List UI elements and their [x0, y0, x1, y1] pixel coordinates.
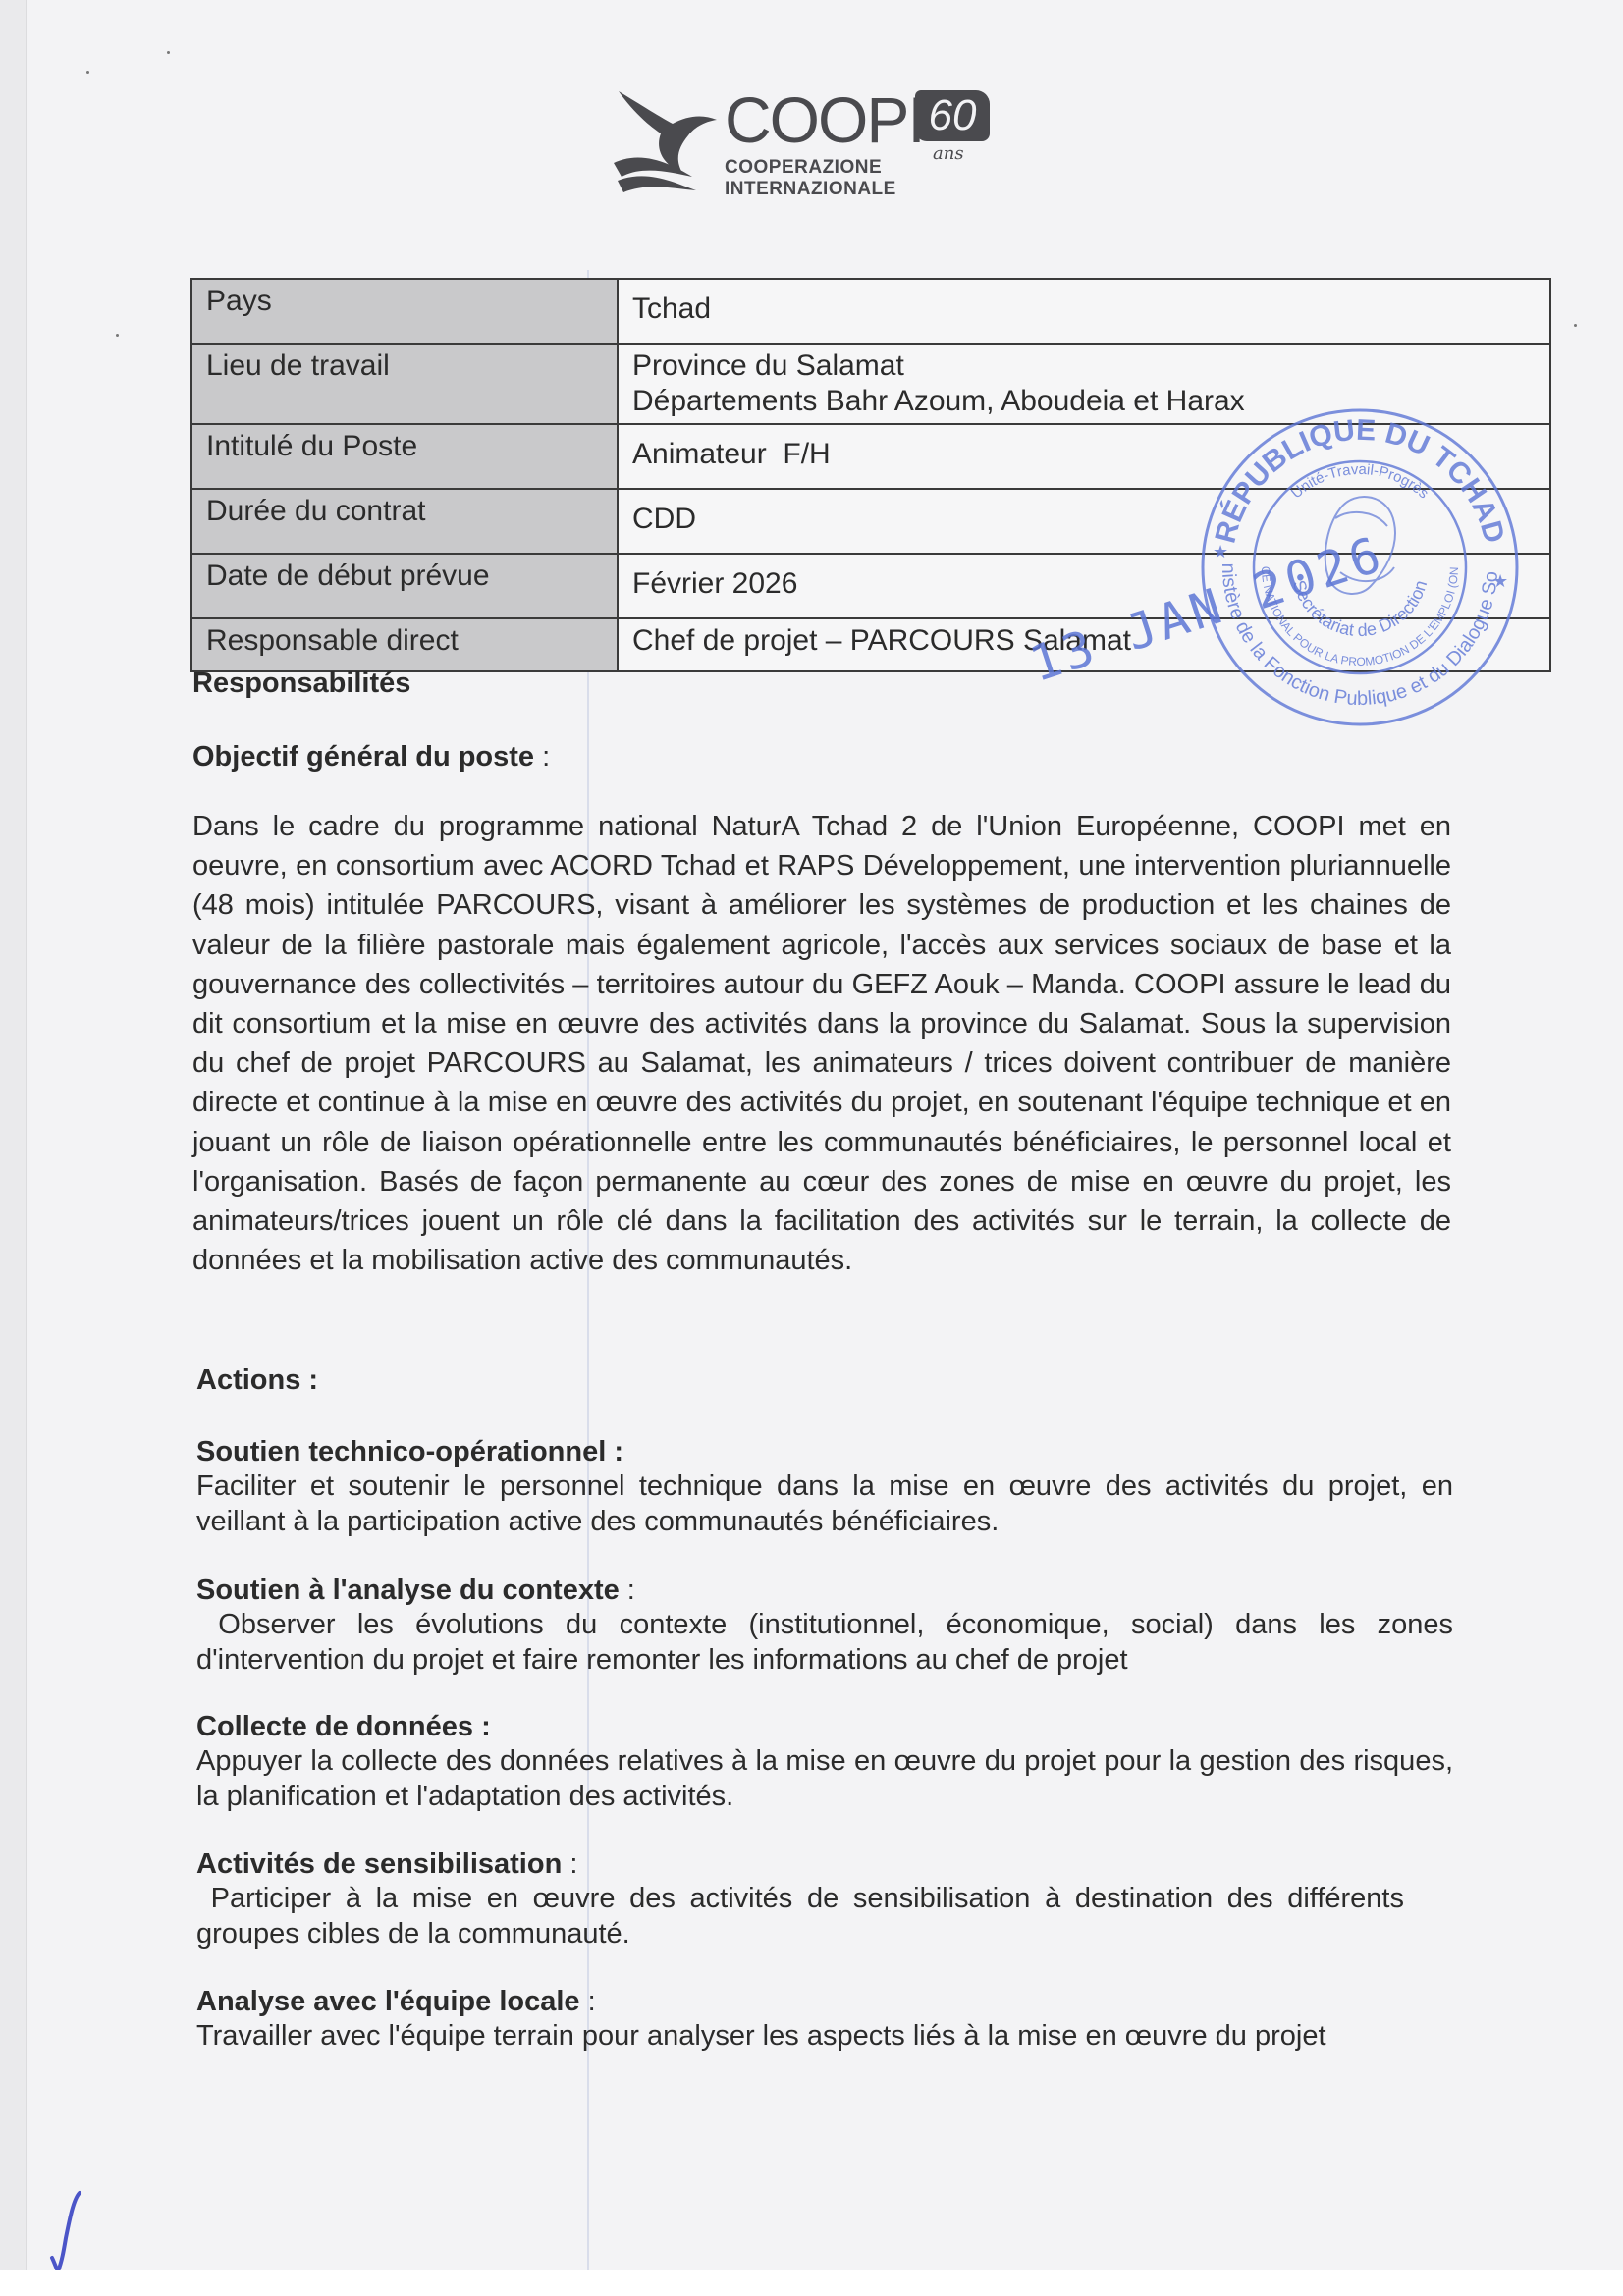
- row-label-pays: Pays: [191, 279, 618, 344]
- lieu-line-1: Province du Salamat: [632, 348, 1538, 384]
- action-title: Soutien technico-opérationnel :: [196, 1435, 1453, 1468]
- row-label-responsable: Responsable direct: [191, 618, 618, 671]
- action-body: Faciliter et soutenir le personnel techn…: [196, 1468, 1453, 1539]
- row-label-lieu: Lieu de travail: [191, 344, 618, 424]
- coopi-logo: COOPI COOPERAZIONE INTERNAZIONALE 60 ans: [609, 79, 1021, 206]
- action-body: Participer à la mise en œuvre des activi…: [196, 1881, 1404, 1951]
- action-collecte-donnees: Collecte de données : Appuyer la collect…: [196, 1710, 1453, 1814]
- objectif-paragraph: Dans le cadre du programme national Natu…: [192, 807, 1451, 1280]
- logo-subtitle-line2: INTERNAZIONALE: [725, 179, 896, 200]
- svg-text:RÉPUBLIQUE DU TCHAD: RÉPUBLIQUE DU TCHAD: [1210, 414, 1511, 547]
- anniversary-badge: 60: [915, 90, 990, 141]
- responsabilites-heading: Responsabilités: [192, 667, 410, 700]
- table-row: Pays Tchad: [191, 279, 1550, 344]
- scan-speck: [86, 71, 89, 74]
- scan-speck: [167, 51, 170, 54]
- svg-text:★: ★: [1213, 542, 1228, 561]
- row-value-pays: Tchad: [618, 279, 1550, 344]
- scan-bottom-margin: [0, 2270, 1623, 2296]
- action-body: Observer les évolutions du contexte (ins…: [196, 1607, 1453, 1678]
- check-mark-icon: [44, 2189, 83, 2277]
- scan-page-edge: [0, 0, 27, 2296]
- logo-subtitle-line1: COOPERAZIONE: [725, 157, 882, 179]
- svg-text:Unité-Travail-Progrès: Unité-Travail-Progrès: [1288, 461, 1432, 502]
- action-analyse-equipe: Analyse avec l'équipe locale : Travaille…: [196, 1985, 1453, 2054]
- objectif-heading: Objectif général du poste :: [192, 741, 550, 774]
- row-label-poste: Intitulé du Poste: [191, 424, 618, 489]
- actions-heading: Actions :: [196, 1364, 318, 1397]
- action-soutien-technico: Soutien technico-opérationnel : Facilite…: [196, 1435, 1453, 1539]
- action-analyse-contexte: Soutien à l'analyse du contexte : Observ…: [196, 1574, 1453, 1678]
- svg-text:★: ★: [1492, 571, 1508, 591]
- coopi-bird-wave-icon: [614, 86, 722, 194]
- action-sensibilisation: Activités de sensibilisation : Participe…: [196, 1847, 1453, 1951]
- anniversary-label: ans: [933, 143, 964, 164]
- row-label-duree: Durée du contrat: [191, 489, 618, 554]
- action-body: Travailler avec l'équipe terrain pour an…: [196, 2018, 1453, 2054]
- action-title: Activités de sensibilisation :: [196, 1847, 1453, 1881]
- action-title: Collecte de données :: [196, 1710, 1453, 1743]
- scan-speck: [1574, 324, 1577, 327]
- action-title: Analyse avec l'équipe locale :: [196, 1985, 1453, 2018]
- action-title: Soutien à l'analyse du contexte :: [196, 1574, 1453, 1607]
- row-label-date: Date de début prévue: [191, 554, 618, 618]
- scan-speck: [116, 334, 119, 337]
- action-body: Appuyer la collecte des données relative…: [196, 1743, 1453, 1814]
- logo-wordmark: COOPI: [725, 82, 924, 157]
